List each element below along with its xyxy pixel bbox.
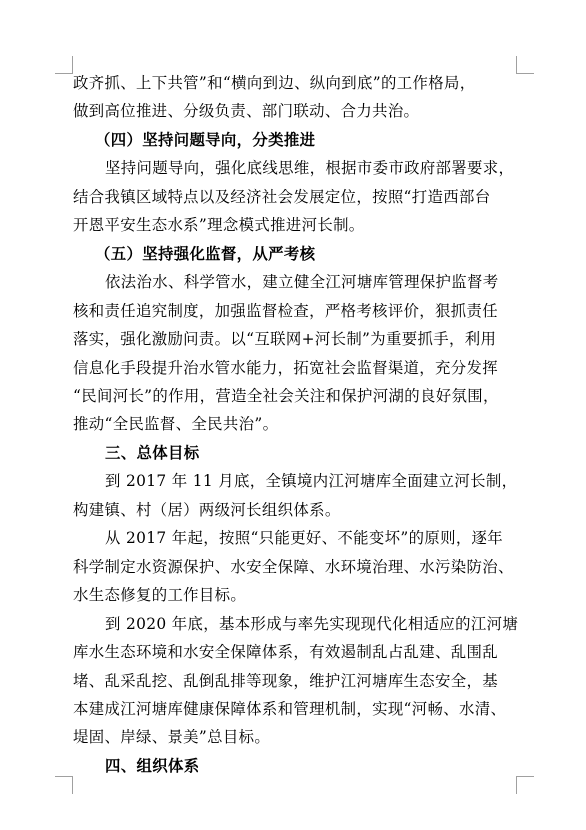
body-line: “民间河长”的作用，营造全社会关注和保护河湖的良好氛围， bbox=[73, 382, 517, 410]
body-line: 政齐抓、上下共管”和“横向到边、纵向到底”的工作格局， bbox=[73, 69, 517, 97]
body-line: 核和责任追究制度，加强监督检查，严格考核评价，狠抓责任 bbox=[73, 297, 517, 325]
body-line: 库水生态环境和水安全保障体系，有效遏制乱占乱建、乱围乱 bbox=[73, 638, 517, 666]
paragraph-first-line: 依法治水、科学管水，建立健全江河塘库管理保护监督考 bbox=[73, 268, 517, 296]
body-line: 结合我镇区域特点以及经济社会发展定位，按照“打造西部台 bbox=[73, 183, 517, 211]
document-body[interactable]: 政齐抓、上下共管”和“横向到边、纵向到底”的工作格局， 做到高位推进、分级负责、… bbox=[73, 69, 517, 780]
document-page: 政齐抓、上下共管”和“横向到边、纵向到底”的工作格局， 做到高位推进、分级负责、… bbox=[0, 0, 586, 830]
margin-corner-mark-bottom-right bbox=[516, 776, 534, 794]
margin-corner-mark-top-right bbox=[516, 56, 534, 74]
body-line: 本建成江河塘库健康保障体系和管理机制，实现“河畅、水清、 bbox=[73, 695, 517, 723]
paragraph-first-line: 坚持问题导向，强化底线思维，根据市委市政府部署要求， bbox=[73, 154, 517, 182]
body-line: 堤固、岸绿、景美”总目标。 bbox=[73, 723, 517, 751]
body-line: 做到高位推进、分级负责、部门联动、合力共治。 bbox=[73, 97, 517, 125]
paragraph-first-line: 到 2020 年底，基本形成与率先实现现代化相适应的江河塘 bbox=[73, 610, 517, 638]
body-line: 开恩平安生态水系”理念模式推进河长制。 bbox=[73, 211, 517, 239]
margin-corner-mark-top-left bbox=[55, 56, 73, 74]
section-heading-4: （四）坚持问题导向，分类推进 bbox=[73, 126, 517, 154]
body-line: 推动“全民监督、全民共治”。 bbox=[73, 410, 517, 438]
body-line: 构建镇、村（居）两级河长组织体系。 bbox=[73, 496, 517, 524]
body-line: 落实，强化激励问责。以“互联网+河长制”为重要抓手，利用 bbox=[73, 325, 517, 353]
body-line: 水生态修复的工作目标。 bbox=[73, 581, 517, 609]
paragraph-first-line: 到 2017 年 11 月底，全镇境内江河塘库全面建立河长制， bbox=[73, 467, 517, 495]
section-heading-overall-goals: 三、总体目标 bbox=[73, 439, 517, 467]
paragraph-first-line: 从 2017 年起，按照“只能更好、不能变坏”的原则，逐年 bbox=[73, 524, 517, 552]
section-heading-organization: 四、组织体系 bbox=[73, 752, 517, 780]
body-line: 科学制定水资源保护、水安全保障、水环境治理、水污染防治、 bbox=[73, 553, 517, 581]
body-line: 堵、乱采乱挖、乱倒乱排等现象，维护江河塘库生态安全，基 bbox=[73, 667, 517, 695]
margin-corner-mark-bottom-left bbox=[55, 776, 73, 794]
section-heading-5: （五）坚持强化监督，从严考核 bbox=[73, 240, 517, 268]
body-line: 信息化手段提升治水管水能力，拓宽社会监督渠道，充分发挥 bbox=[73, 354, 517, 382]
